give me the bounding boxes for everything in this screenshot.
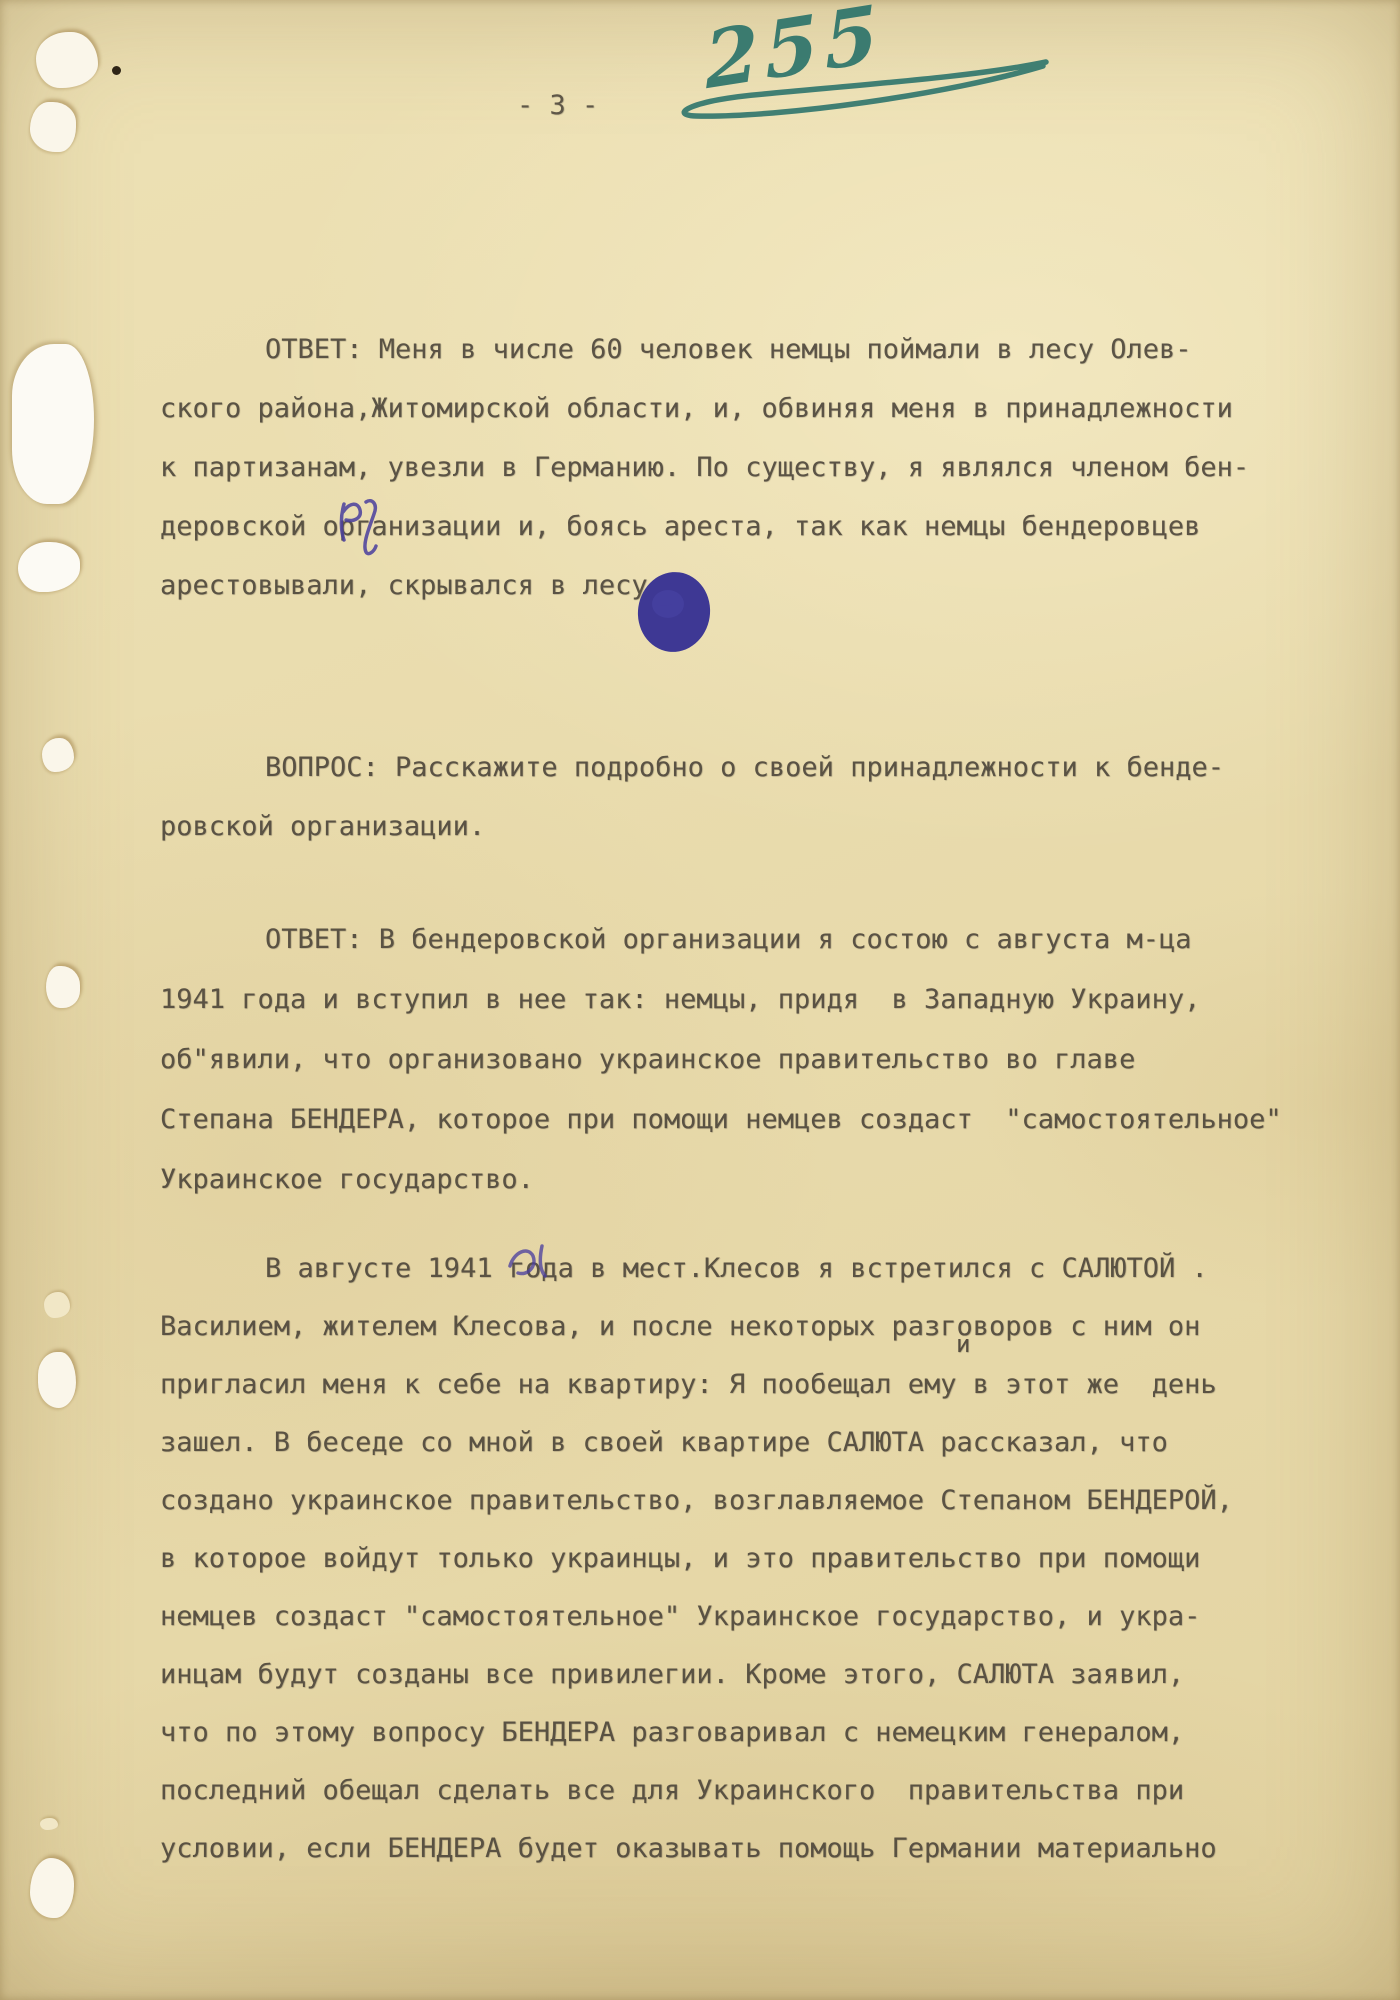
- typed-line: условии, если БЕНДЕРА будет оказывать по…: [160, 1820, 1300, 1878]
- scanned-document-page: 255 - 3 - ОТВЕТ: Меня в числе 60 человек…: [0, 0, 1400, 2000]
- underline-flourish-stroke: [658, 56, 1058, 134]
- typed-line: что по этому вопросу БЕНДЕРА разговарива…: [160, 1704, 1300, 1762]
- paper-hole: [38, 1352, 76, 1408]
- typed-line: немцев создаст "самостоятельное" Украинс…: [160, 1588, 1300, 1646]
- typed-line: об"явили, что организовано украинское пр…: [160, 1030, 1300, 1090]
- paper-hole: [30, 102, 76, 152]
- typed-line: последний обещал сделать все для Украинс…: [160, 1762, 1300, 1820]
- paper-hole: [30, 1858, 74, 1918]
- answer-paragraph-1: ОТВЕТ: Меня в числе 60 человек немцы пой…: [160, 320, 1300, 615]
- typed-line: 1941 года и вступил в нее так: немцы, пр…: [160, 970, 1300, 1030]
- typed-line: ского района,Житомирской области, и, обв…: [160, 379, 1300, 438]
- paper-hole: [40, 1818, 58, 1830]
- typed-line: создано украинское правительство, возгла…: [160, 1472, 1300, 1530]
- typed-line: к партизанам, увезли в Германию. По суще…: [160, 438, 1300, 497]
- typed-line: ВОПРОС: Расскажите подробно о своей прин…: [160, 738, 1300, 797]
- paper-hole: [46, 966, 80, 1008]
- typed-line: В августе 1941 года в мест.Клесов я встр…: [160, 1240, 1300, 1298]
- ink-correction-scribble: [502, 1236, 558, 1284]
- ink-speck: [112, 66, 121, 75]
- typed-line: в которое войдут только украинцы, и это …: [160, 1530, 1300, 1588]
- typed-line: ОТВЕТ: Меня в числе 60 человек немцы пой…: [160, 320, 1300, 379]
- typed-line: ОТВЕТ: В бендеровской организации я сост…: [160, 910, 1300, 970]
- paper-hole: [42, 738, 74, 772]
- typed-line: Степана БЕНДЕРА, которое при помощи немц…: [160, 1090, 1300, 1150]
- paper-hole: [44, 1292, 70, 1318]
- paper-tear: [18, 542, 80, 592]
- answer-paragraph-2: ОТВЕТ: В бендеровской организации я сост…: [160, 910, 1300, 1210]
- typed-line: Василием, жителем Клесова, и после некот…: [160, 1298, 1300, 1356]
- typed-line: ровской организации.: [160, 797, 1300, 856]
- typed-page-number: - 3 -: [517, 90, 598, 121]
- typed-line: деровской организации и, боясь ареста, т…: [160, 497, 1300, 556]
- typed-line: инцам будут созданы все привилегии. Кром…: [160, 1646, 1300, 1704]
- ink-correction-scribble: [334, 490, 384, 556]
- typed-line: арестовывали, скрывался в лесу.: [160, 556, 1300, 615]
- paper-tear: [12, 344, 94, 504]
- typed-line: зашел. В беседе со мной в своей квартире…: [160, 1414, 1300, 1472]
- paper-hole: [36, 32, 98, 88]
- typed-line: Украинское государство.: [160, 1150, 1300, 1210]
- inserted-letter-above-line: и: [956, 1330, 970, 1358]
- question-paragraph: ВОПРОС: Расскажите подробно о своей прин…: [160, 738, 1300, 856]
- ink-blot: [634, 568, 714, 654]
- answer-paragraph-2-continued: В августе 1941 года в мест.Клесов я встр…: [160, 1240, 1300, 1878]
- typed-line: пригласил меня к себе на квартиру: Я поо…: [160, 1356, 1300, 1414]
